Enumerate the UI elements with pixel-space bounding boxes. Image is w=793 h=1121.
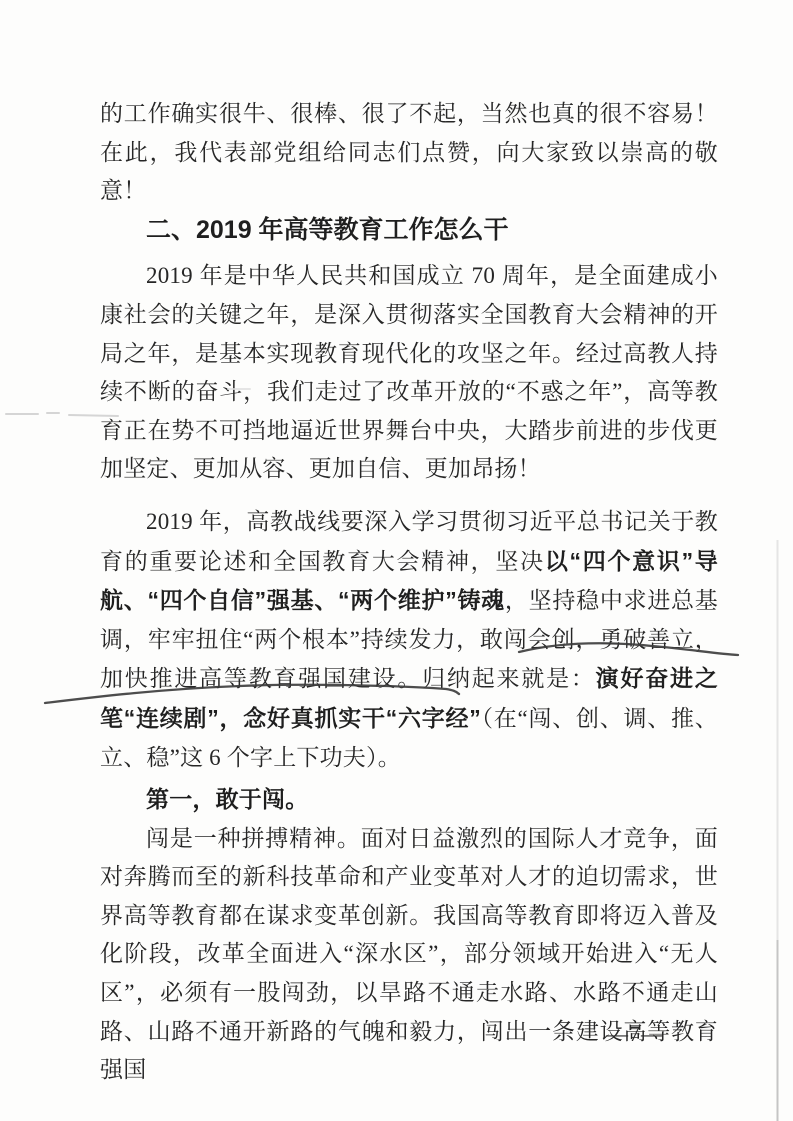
subheading-first-point: 第一，敢于闯。 [100, 781, 718, 820]
scanned-document-page: 的工作确实很牛、很棒、很了不起，当然也真的很不容易！在此，我代表部党组给同志们点… [0, 0, 793, 1121]
paragraph-tasks: 2019 年，高教战线要深入学习贯彻习近平总书记关于教育的重要论述和全国教育大会… [100, 503, 718, 777]
paragraph-overview: 2019 年是中华人民共和国成立 70 周年，是全面建成小康社会的关键之年，是深… [100, 257, 718, 489]
paragraph-dare-body: 闯是一种拼搏精神。面对日益激烈的国际人才竞争，面对奔腾而至的新科技革命和产业变革… [100, 820, 718, 1090]
page-number: —7— [606, 1022, 664, 1046]
document-body: 的工作确实很牛、很棒、很了不起，当然也真的很不容易！在此，我代表部党组给同志们点… [100, 95, 718, 1090]
section-heading: 二、2019 年高等教育工作怎么干 [100, 211, 718, 250]
paragraph-text: 的工作确实很牛、很棒、很了不起，当然也真的很不容易！在此，我代表部党组给同志们点… [100, 101, 718, 203]
paragraph-continuation: 的工作确实很牛、很棒、很了不起，当然也真的很不容易！在此，我代表部党组给同志们点… [100, 95, 718, 211]
paragraph-text: 2019 年是中华人民共和国成立 70 周年，是全面建成小康社会的关键之年，是深… [100, 263, 718, 481]
